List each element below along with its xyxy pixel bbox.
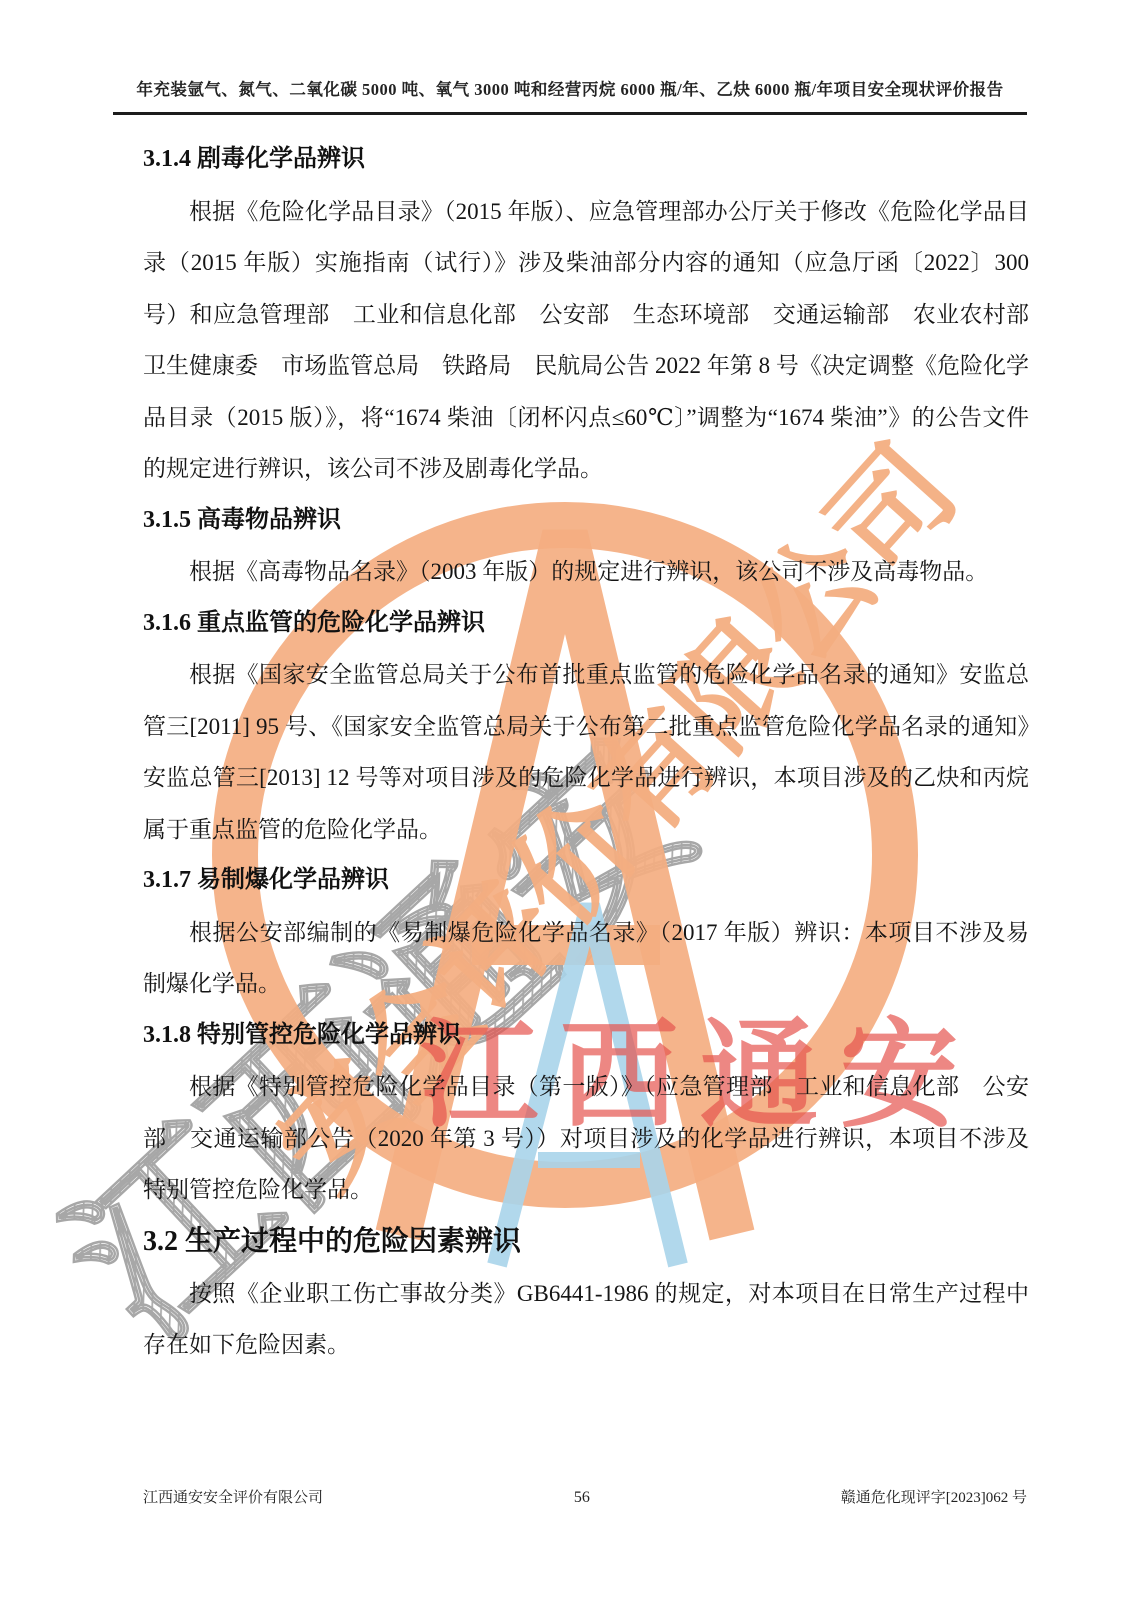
- section-heading-3-1-7: 3.1.7 易制爆化学品辨识: [143, 855, 1029, 907]
- document-body: 3.1.4 剧毒化学品辨识 根据《危险化学品目录》（2015 年版）、应急管理部…: [143, 134, 1029, 1371]
- section-heading-3-1-8: 3.1.8 特别管控危险化学品辨识: [143, 1010, 1029, 1062]
- section-paragraph-3-1-8: 根据《特别管控危险化学品目录（第一版）》（应急管理部 工业和信息化部 公安部 交…: [143, 1061, 1029, 1216]
- section-paragraph-3-1-4: 根据《危险化学品目录》（2015 年版）、应急管理部办公厅关于修改《危险化学品目…: [143, 186, 1029, 495]
- header-divider: [113, 112, 1027, 115]
- section-heading-3-1-4: 3.1.4 剧毒化学品辨识: [143, 134, 1029, 186]
- page-header-title: 年充装氩气、氮气、二氧化碳 5000 吨、氧气 3000 吨和经营丙烷 6000…: [112, 76, 1028, 100]
- section-paragraph-3-1-6: 根据《国家安全监管总局关于公布首批重点监管的危险化学品名录的通知》安监总管三[2…: [143, 649, 1029, 855]
- section-heading-3-1-5: 3.1.5 高毒物品辨识: [143, 495, 1029, 547]
- section-paragraph-3-2: 按照《企业职工伤亡事故分类》GB6441-1986 的规定，对本项目在日常生产过…: [143, 1268, 1029, 1371]
- page-footer: 江西通安安全评价有限公司 56 赣通危化现评字[2023]062 号: [143, 1486, 1027, 1507]
- footer-doc-number: 赣通危化现评字[2023]062 号: [841, 1486, 1027, 1507]
- footer-company-name: 江西通安安全评价有限公司: [143, 1486, 323, 1507]
- section-heading-3-1-6: 3.1.6 重点监管的危险化学品辨识: [143, 598, 1029, 650]
- section-paragraph-3-1-7: 根据公安部编制的《易制爆危险化学品名录》（2017 年版）辨识：本项目不涉及易制…: [143, 907, 1029, 1010]
- footer-page-number: 56: [574, 1489, 590, 1507]
- section-paragraph-3-1-5: 根据《高毒物品名录》（2003 年版）的规定进行辨识，该公司不涉及高毒物品。: [143, 546, 1029, 598]
- report-page: { "header": { "title": "年充装氩气、氮气、二氧化碳 50…: [0, 0, 1131, 1600]
- section-heading-3-2: 3.2 生产过程中的危险因素辨识: [143, 1216, 1029, 1268]
